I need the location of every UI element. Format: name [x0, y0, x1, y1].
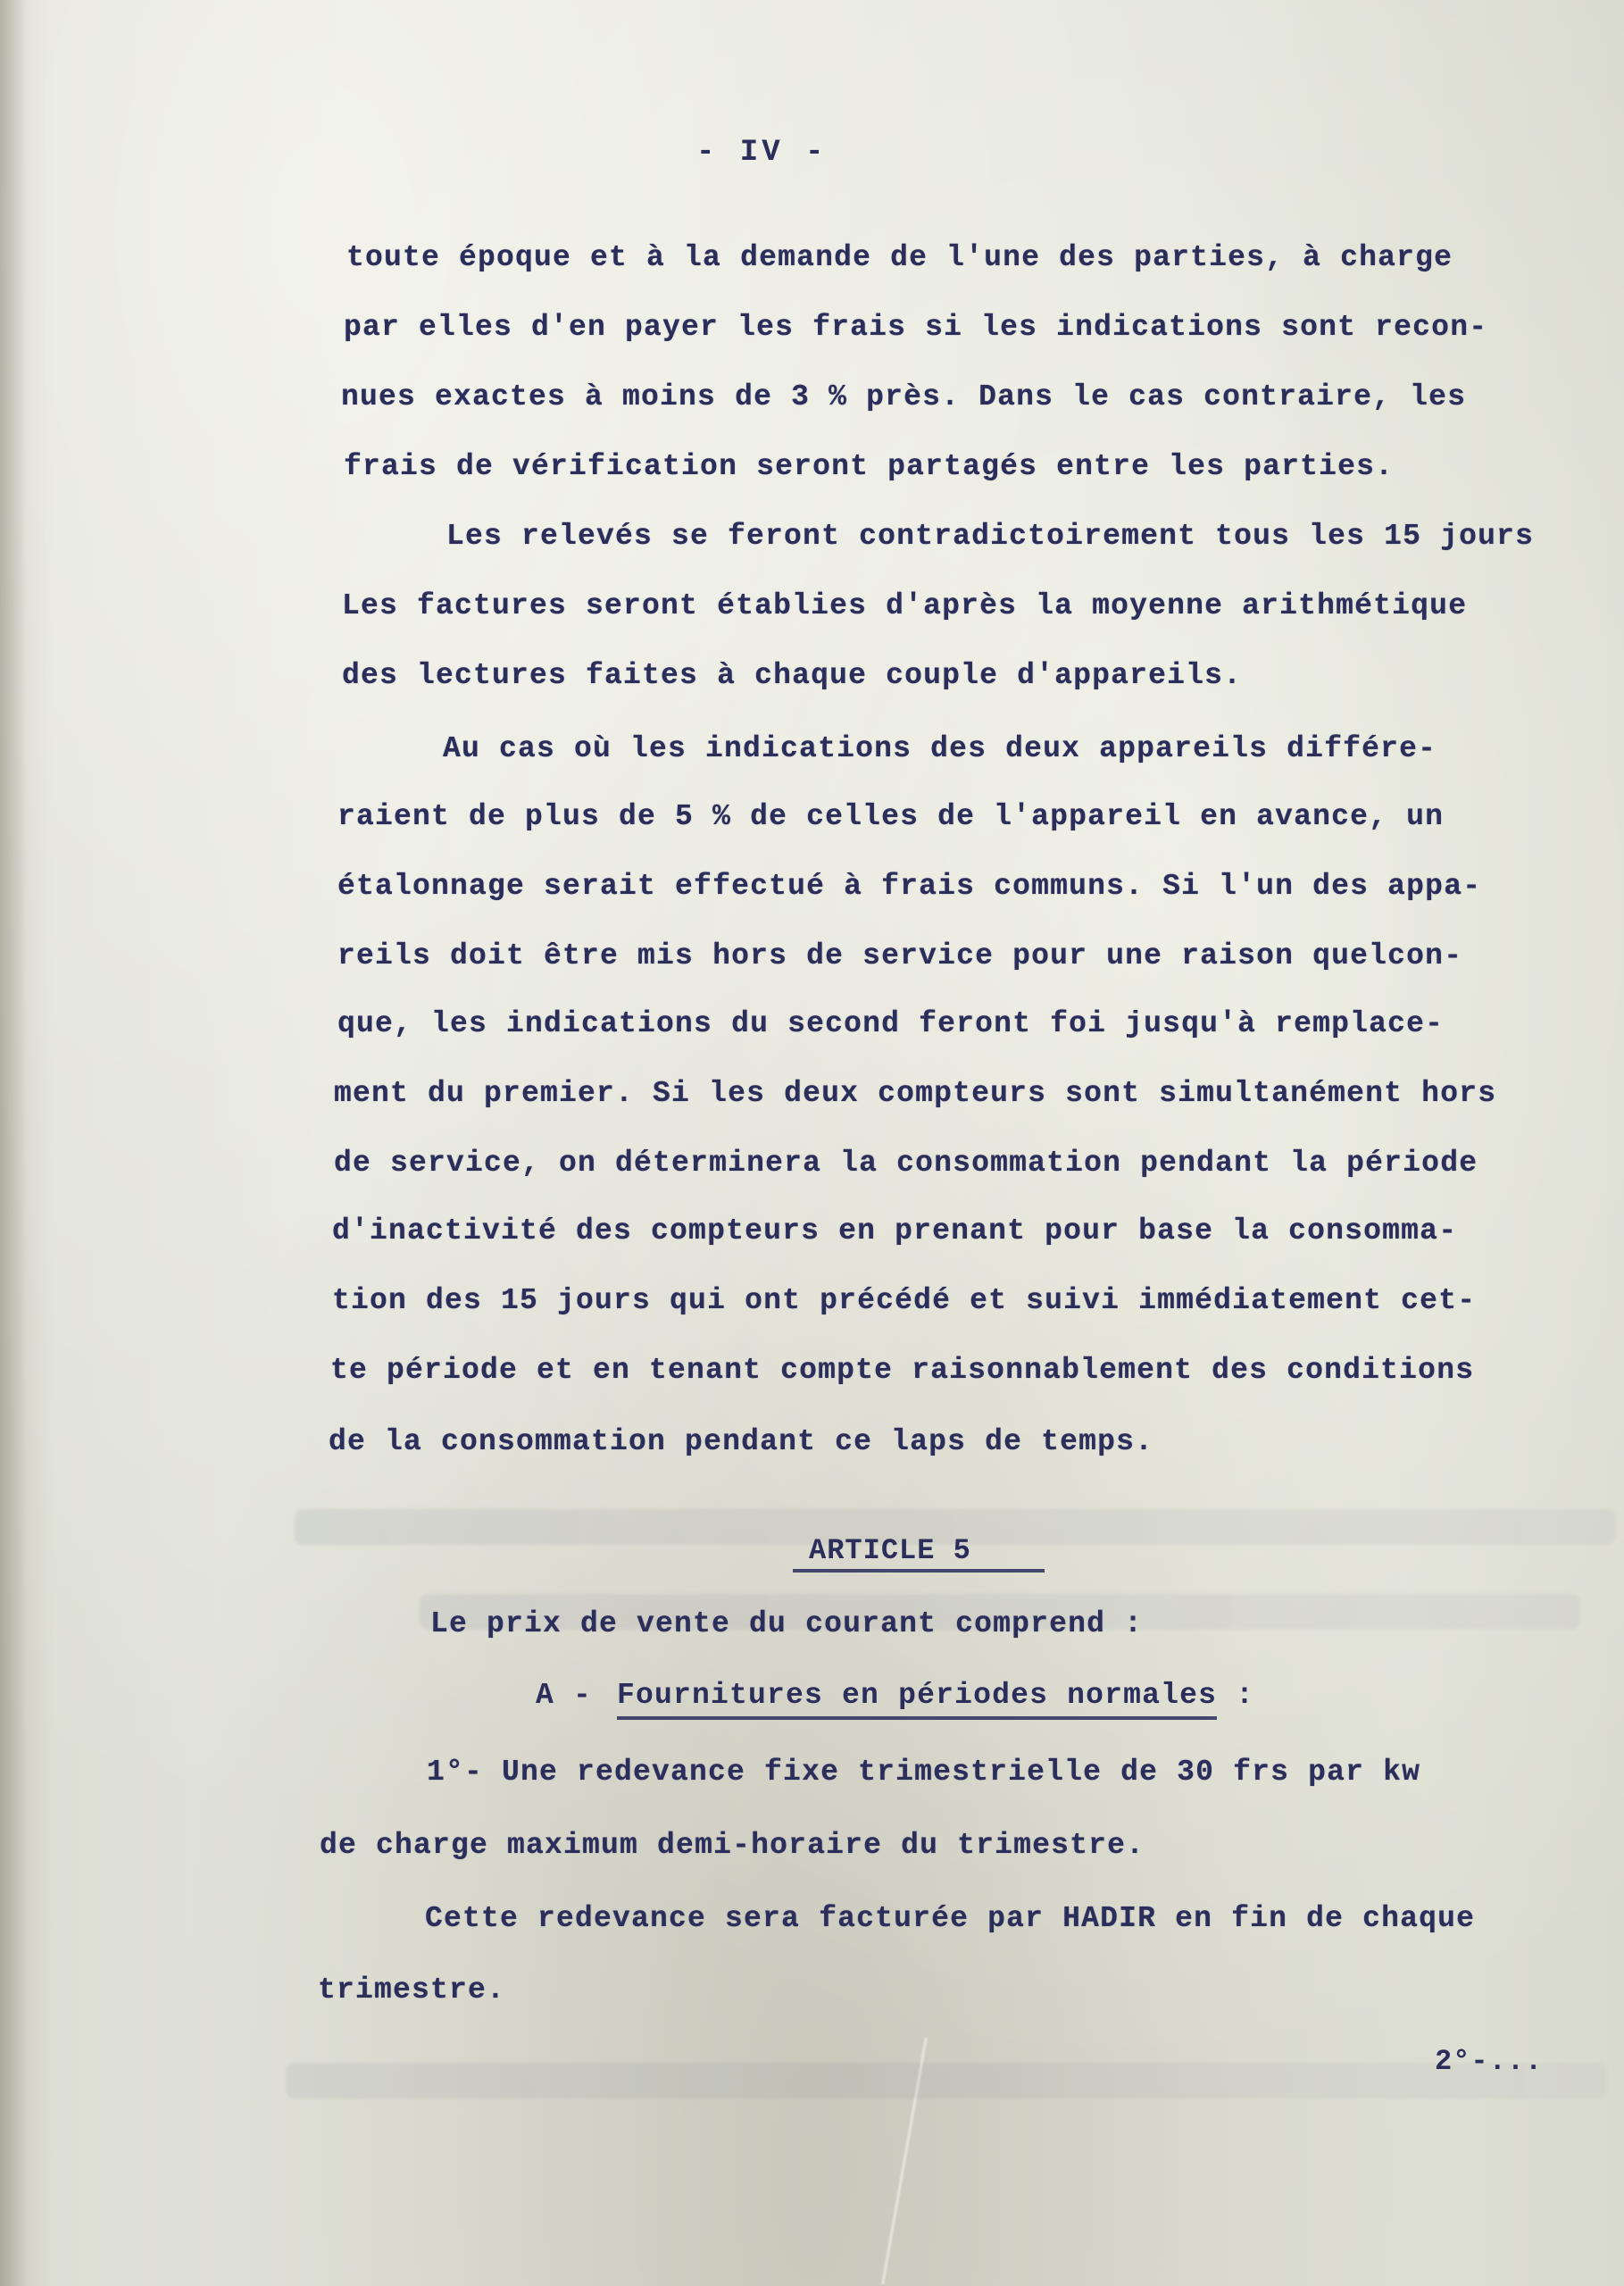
- text-line: tion des 15 jours qui ont précédé et sui…: [332, 1284, 1476, 1317]
- text-line: trimestre.: [318, 1973, 505, 2007]
- text-line: étalonnage serait effectué à frais commu…: [337, 870, 1481, 903]
- page-number: - IV -: [696, 136, 827, 170]
- section-a-suffix: :: [1236, 1679, 1254, 1712]
- text-line: ment du premier. Si les deux compteurs s…: [334, 1077, 1496, 1110]
- text-line: que, les indications du second feront fo…: [337, 1007, 1444, 1040]
- text-line: Les relevés se feront contradictoirement…: [446, 520, 1534, 553]
- text-line: de charge maximum demi-horaire du trimes…: [320, 1829, 1145, 1862]
- text-line: Les factures seront établies d'après la …: [342, 589, 1467, 622]
- text-line: d'inactivité des compteurs en prenant po…: [332, 1214, 1457, 1247]
- text-line: de la consommation pendant ce laps de te…: [329, 1425, 1153, 1458]
- document-page: - IV - toute époque et à la demande de l…: [0, 0, 1624, 2286]
- article-heading-underline: [793, 1569, 1045, 1573]
- article-intro: Le prix de vente du courant comprend :: [430, 1607, 1143, 1640]
- text-line: Au cas où les indications des deux appar…: [443, 732, 1437, 765]
- text-line: frais de vérification seront partagés en…: [344, 450, 1394, 483]
- section-a-title: Fournitures en périodes normales: [617, 1679, 1217, 1720]
- continuation-marker: 2°-...: [1435, 2045, 1543, 2078]
- text-line: de service, on déterminera la consommati…: [334, 1147, 1478, 1180]
- text-line: te période et en tenant compte raisonnab…: [330, 1354, 1474, 1387]
- text-line: toute époque et à la demande de l'une de…: [346, 241, 1453, 274]
- text-line: Cette redevance sera facturée par HADIR …: [425, 1902, 1475, 1935]
- text-line: raient de plus de 5 % de celles de l'app…: [337, 800, 1444, 833]
- section-a-label: A -: [536, 1679, 592, 1712]
- article-heading: ARTICLE 5: [809, 1534, 971, 1567]
- text-line: par elles d'en payer les frais si les in…: [344, 311, 1487, 344]
- text-line: 1°- Une redevance fixe trimestrielle de …: [427, 1756, 1420, 1789]
- text-line: reils doit être mis hors de service pour…: [337, 939, 1462, 972]
- text-line: nues exactes à moins de 3 % près. Dans l…: [341, 380, 1466, 413]
- section-a-heading: A -Fournitures en périodes normales :: [536, 1679, 1254, 1712]
- text-line: des lectures faites à chaque couple d'ap…: [342, 659, 1242, 692]
